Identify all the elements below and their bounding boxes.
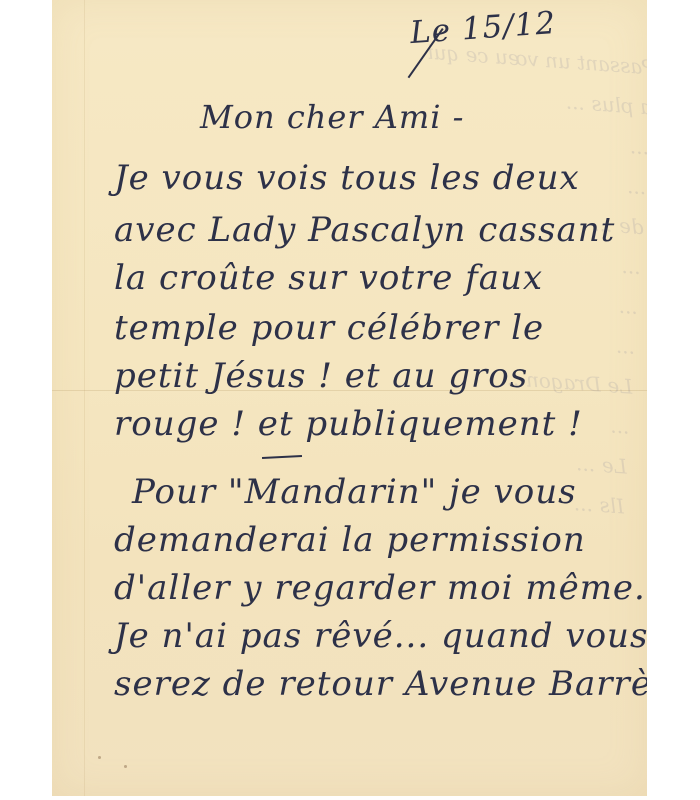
body-line-5: petit Jésus ! et au gros	[114, 356, 528, 396]
body-line-10: Je n'ai pas rêvé... quand vous	[114, 616, 647, 656]
body-line-7: Pour "Mandarin" je vous	[132, 472, 577, 512]
body-line-3: la croûte sur votre faux	[114, 258, 543, 298]
paper-spot	[98, 756, 101, 759]
paper-crease	[84, 0, 85, 796]
body-line-4: temple pour célébrer le	[114, 308, 544, 348]
body-line-2: avec Lady Pascalyn cassant	[114, 210, 615, 250]
paper-spot	[124, 765, 127, 768]
paragraph-separator	[262, 455, 302, 459]
body-line-9: d'aller y regarder moi même...	[114, 568, 647, 608]
body-line-11: serez de retour Avenue Barrès...	[114, 664, 647, 704]
letter-sheet: Passant un vœu ce qui a plus ... ... ...…	[52, 0, 647, 796]
body-line-6: rouge ! et publiquement !	[114, 404, 583, 444]
body-line-8: demanderai la permission	[114, 520, 586, 560]
salutation: Mon cher Ami -	[200, 98, 464, 136]
body-line-1: Je vous vois tous les deux	[114, 158, 580, 198]
